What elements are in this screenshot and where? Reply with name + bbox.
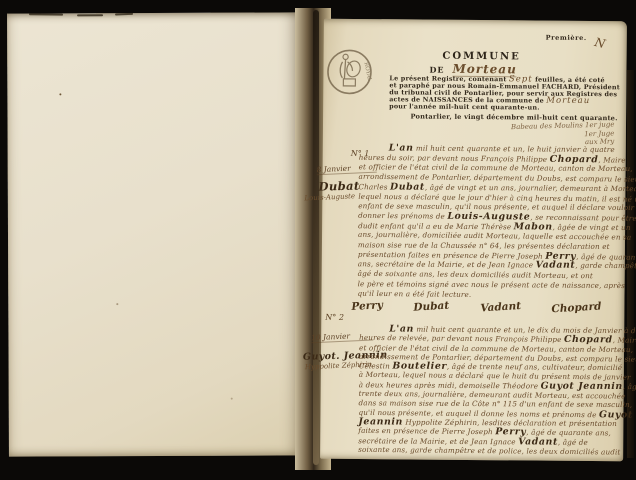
paper-speck: [116, 303, 118, 305]
de-word: DE: [429, 65, 444, 75]
witness-signature: Perry: [351, 299, 383, 313]
paper-speck: [59, 93, 61, 95]
paper-speck: [231, 398, 233, 400]
page-edge-mark: [115, 13, 133, 16]
act2-body-text: L'an mil huit cent quarante et un, le di…: [358, 324, 621, 456]
act1-signatures: PerryDubatVadantChopard: [351, 300, 601, 314]
act-text-line: soixante ans, garde champêtre et de poli…: [358, 445, 620, 457]
act-text-line: qu'il leur en a été fait lecture.: [357, 288, 621, 300]
witness-signature: Dubat: [413, 300, 449, 314]
handwritten-fill: Morteau: [546, 96, 590, 106]
left-blank-page: [7, 12, 303, 456]
witness-signature: Chopard: [551, 300, 602, 315]
right-register-page: Première. N ROYAL COMMUNE DEMorteau Le p…: [320, 19, 627, 462]
witness-signature: Vadant: [480, 300, 521, 314]
binding-crease: [313, 10, 319, 465]
stamp-text: ROYAL: [363, 62, 373, 83]
register-certification-paragraph: Le présent Registre, contenant Sept feui…: [389, 75, 627, 112]
stamp-pedestal-icon: [343, 79, 355, 86]
page-edge-mark: [77, 14, 103, 16]
paraph-mark: N: [593, 35, 607, 51]
paragraph-line: pour l'année mil-huit cent quarante-un.: [389, 103, 627, 112]
series-label: Première.: [546, 34, 587, 42]
page-edge-mark: [29, 13, 63, 15]
scanned-register-spread: Première. N ROYAL COMMUNE DEMorteau Le p…: [0, 0, 636, 480]
act1-body-text: L'an mil huit cent quarante et un, le hu…: [357, 143, 622, 301]
act-number: N° 2: [325, 313, 373, 322]
